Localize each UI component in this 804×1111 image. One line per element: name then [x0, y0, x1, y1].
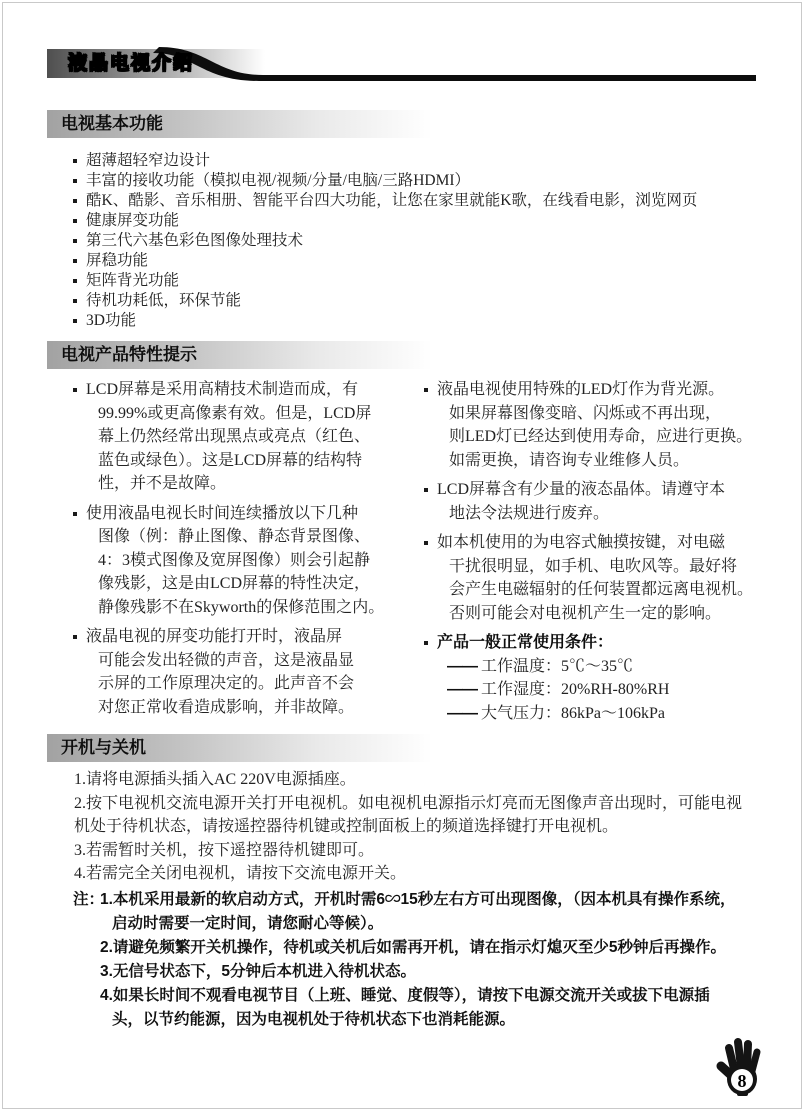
tip-text: 使用液晶电视长时间连续播放以下几种图像（例：静止图像、静态背景图像、4：3模式图…: [86, 502, 384, 620]
tip-text: LCD屏幕含有少量的液态晶体。请遵守本地法令法规进行废弃。: [437, 478, 725, 525]
feature-item: 第三代六基色彩色图像处理技术: [73, 231, 697, 251]
square-bullet-icon: [73, 388, 77, 392]
text-line: 静像残影不在Skyworth的保修范围之内。: [98, 596, 384, 620]
feature-item: 酷K、酷影、音乐相册、智能平台四大功能，让您在家里就能K歌，在线看电影，浏览网页: [73, 191, 697, 211]
text-line: 液晶电视的屏变功能打开时，液晶屏: [86, 625, 354, 649]
section-title-product-tips: 电视产品特性提示: [47, 341, 432, 369]
hand-palm-icon: 8: [716, 1035, 764, 1097]
text-line: 则LED灯已经达到使用寿命，应进行更换。: [449, 425, 752, 449]
dash-mark: ——: [447, 702, 477, 726]
text-line: 性，并不是故障。: [98, 472, 371, 496]
text-line: 可能会发出轻微的声音，这是液晶显: [98, 649, 354, 673]
feature-item: 矩阵背光功能: [73, 271, 697, 291]
square-bullet-icon: [73, 159, 77, 163]
text-line: 4.如果长时间不观看电视节目（上班、睡觉、度假等），请按下电源交流开关或拔下电源…: [100, 984, 736, 1008]
text-line: 如果屏幕图像变暗、闪烁或不再出现，: [449, 402, 752, 426]
feature-text: 第三代六基色彩色图像处理技术: [86, 231, 303, 251]
manual-page: 液晶电视介绍 电视基本功能 超薄超轻窄边设计 丰富的接收功能（模拟电视/视频/分…: [0, 0, 804, 1111]
text-line: 示屏的工作原理决定的。此声音不会: [98, 672, 354, 696]
section-title-basic-functions: 电视基本功能: [47, 110, 432, 138]
condition-text: 工作温度：5℃～35℃: [481, 655, 633, 679]
feature-text: 矩阵背光功能: [86, 271, 179, 291]
chapter-title: 液晶电视介绍: [68, 51, 194, 77]
power-step-line: 机处于待机状态，请按遥控器待机键或控制面板上的频道选择键打开电视机。: [74, 815, 742, 839]
square-bullet-icon: [73, 199, 77, 203]
conditions-title: 产品一般正常使用条件：: [437, 631, 669, 655]
text-line: LCD屏幕是采用高精技术制造而成，有: [86, 378, 371, 402]
feature-item: 丰富的接收功能（模拟电视/视频/分量/电脑/三路HDMI）: [73, 171, 697, 191]
tip-text: 液晶电视的屏变功能打开时，液晶屏可能会发出轻微的声音，这是液晶显示屏的工作原理决…: [86, 625, 354, 719]
square-bullet-icon: [424, 388, 428, 392]
square-bullet-icon: [73, 512, 77, 516]
text-line: 会产生电磁辐射的任何装置都远离电视机。: [449, 578, 753, 602]
feature-text: 丰富的接收功能（模拟电视/视频/分量/电脑/三路HDMI）: [86, 171, 470, 191]
note-item-frequent-switching: 2.请避免频繁开关机操作，待机或关机后如需再开机，请在指示灯熄灭至少5秒钟后再操…: [100, 936, 736, 960]
text-line: LCD屏幕含有少量的液态晶体。请遵守本: [437, 478, 725, 502]
text-line: 如本机使用的为电容式触摸按键，对电磁: [437, 531, 753, 555]
text-line: 液晶电视使用特殊的LED灯作为背光源。: [437, 378, 752, 402]
feature-item: 待机功耗低，环保节能: [73, 291, 697, 311]
feature-text: 健康屏变功能: [86, 211, 179, 231]
feature-item: 3D功能: [73, 311, 697, 331]
text-line: 2.请避免频繁开关机操作，待机或关机后如需再开机，请在指示灯熄灭至少5秒钟后再操…: [100, 936, 736, 960]
feature-text: 超薄超轻窄边设计: [86, 151, 210, 171]
text-line: 否则可能会对电视机产生一定的影响。: [449, 602, 753, 626]
feature-item: 健康屏变功能: [73, 211, 697, 231]
text-line: 1.本机采用最新的软启动方式，开机时需6∽15秒左右方可出现图像，（因本机具有操…: [100, 888, 736, 912]
text-line: 幕上仍然经常出现黑点或亮点（红色、: [98, 425, 371, 449]
basic-features-list: 超薄超轻窄边设计 丰富的接收功能（模拟电视/视频/分量/电脑/三路HDMI） 酷…: [73, 151, 697, 331]
square-bullet-icon: [73, 259, 77, 263]
tip-item-image-retention: 使用液晶电视长时间连续播放以下几种图像（例：静止图像、静态背景图像、4：3模式图…: [73, 502, 384, 620]
power-steps-list: 1.请将电源插头插入AC 220V电源插座。2.按下电视机交流电源开关打开电视机…: [74, 768, 742, 886]
dash-mark: ——: [447, 678, 477, 702]
note-item-soft-start: 1.本机采用最新的软启动方式，开机时需6∽15秒左右方可出现图像，（因本机具有操…: [100, 888, 736, 936]
power-step-line: 3.若需暂时关机，按下遥控器待机键即可。: [74, 839, 742, 863]
tip-item-led-backlight: 液晶电视使用特殊的LED灯作为背光源。如果屏幕图像变暗、闪烁或不再出现，则LED…: [424, 378, 753, 472]
text-line: 像残影，这是由LCD屏幕的特性决定，: [98, 572, 384, 596]
note-item-no-signal-standby: 3.无信号状态下，5分钟后本机进入待机状态。: [100, 960, 736, 984]
text-line: 头，以节约能源，因为电视机处于待机状态下也消耗能源。: [112, 1008, 736, 1032]
condition-humidity: —— 工作湿度：20%RH-80%RH: [447, 678, 669, 702]
text-line: 4：3模式图像及宽屏图像）则会引起静: [98, 549, 384, 573]
power-step-line: 1.请将电源插头插入AC 220V电源插座。: [74, 768, 742, 792]
tip-item-operating-conditions: 产品一般正常使用条件： —— 工作温度：5℃～35℃ —— 工作湿度：20%RH…: [424, 631, 753, 725]
power-step-line: 4.若需完全关闭电视机，请按下交流电源开关。: [74, 862, 742, 886]
text-line: 3.无信号状态下，5分钟后本机进入待机状态。: [100, 960, 736, 984]
text-line: 启动时需要一定时间，请您耐心等候）。: [112, 912, 736, 936]
square-bullet-icon: [73, 279, 77, 283]
tip-item-panel-sound: 液晶电视的屏变功能打开时，液晶屏可能会发出轻微的声音，这是液晶显示屏的工作原理决…: [73, 625, 384, 719]
tips-right-column: 液晶电视使用特殊的LED灯作为背光源。如果屏幕图像变暗、闪烁或不再出现，则LED…: [424, 378, 753, 731]
square-bullet-icon: [73, 239, 77, 243]
feature-text: 待机功耗低，环保节能: [86, 291, 241, 311]
feature-text: 屏稳功能: [86, 251, 148, 271]
square-bullet-icon: [73, 635, 77, 639]
dash-mark: ——: [447, 655, 477, 679]
text-line: 干扰很明显，如手机、电吹风等。最好将: [449, 555, 753, 579]
text-line: 蓝色或绿色）。这是LCD屏幕的结构特: [98, 449, 371, 473]
section-title-power-on-off: 开机与关机: [47, 734, 432, 762]
note-item-save-energy: 4.如果长时间不观看电视节目（上班、睡觉、度假等），请按下电源交流开关或拔下电源…: [100, 984, 736, 1032]
tips-left-column: LCD屏幕是采用高精技术制造而成，有99.99%或更高像素有效。但是，LCD屏幕…: [73, 378, 384, 725]
power-step-line: 2.按下电视机交流电源开关打开电视机。如电视机电源指示灯亮而无图像声音出现时，可…: [74, 792, 742, 816]
tip-item-lcd-pixels: LCD屏幕是采用高精技术制造而成，有99.99%或更高像素有效。但是，LCD屏幕…: [73, 378, 384, 496]
text-line: 如需更换，请咨询专业维修人员。: [449, 449, 752, 473]
page-number: 8: [738, 1071, 747, 1091]
feature-item: 屏稳功能: [73, 251, 697, 271]
feature-text: 3D功能: [86, 311, 136, 331]
tip-item-liquid-crystal-disposal: LCD屏幕含有少量的液态晶体。请遵守本地法令法规进行废弃。: [424, 478, 753, 525]
tip-text: 液晶电视使用特殊的LED灯作为背光源。如果屏幕图像变暗、闪烁或不再出现，则LED…: [437, 378, 752, 472]
condition-text: 大气压力：86kPa～106kPa: [481, 702, 665, 726]
square-bullet-icon: [73, 219, 77, 223]
text-line: 对您正常收看造成影响，并非故障。: [98, 696, 354, 720]
tip-text: 如本机使用的为电容式触摸按键，对电磁干扰很明显，如手机、电吹风等。最好将会产生电…: [437, 531, 753, 625]
feature-item: 超薄超轻窄边设计: [73, 151, 697, 171]
text-line: 99.99%或更高像素有效。但是，LCD屏: [98, 402, 371, 426]
text-line: 使用液晶电视长时间连续播放以下几种: [86, 502, 384, 526]
square-bullet-icon: [424, 641, 428, 645]
square-bullet-icon: [424, 541, 428, 545]
tip-item-touch-keys-emi: 如本机使用的为电容式触摸按键，对电磁干扰很明显，如手机、电吹风等。最好将会产生电…: [424, 531, 753, 625]
feature-text: 酷K、酷影、音乐相册、智能平台四大功能，让您在家里就能K歌，在线看电影，浏览网页: [86, 191, 697, 211]
notes-label: 注：: [73, 888, 100, 912]
square-bullet-icon: [73, 319, 77, 323]
text-line: 地法令法规进行废弃。: [449, 502, 725, 526]
square-bullet-icon: [73, 299, 77, 303]
condition-temperature: —— 工作温度：5℃～35℃: [447, 655, 669, 679]
square-bullet-icon: [424, 488, 428, 492]
tip-text: LCD屏幕是采用高精技术制造而成，有99.99%或更高像素有效。但是，LCD屏幕…: [86, 378, 371, 496]
notes-items: 1.本机采用最新的软启动方式，开机时需6∽15秒左右方可出现图像，（因本机具有操…: [100, 888, 736, 1032]
notes-block: 注： 1.本机采用最新的软启动方式，开机时需6∽15秒左右方可出现图像，（因本机…: [73, 888, 736, 1032]
condition-text: 工作湿度：20%RH-80%RH: [481, 678, 669, 702]
square-bullet-icon: [73, 179, 77, 183]
operating-conditions: 产品一般正常使用条件： —— 工作温度：5℃～35℃ —— 工作湿度：20%RH…: [437, 631, 669, 725]
text-line: 图像（例：静止图像、静态背景图像、: [98, 525, 384, 549]
condition-pressure: —— 大气压力：86kPa～106kPa: [447, 702, 669, 726]
